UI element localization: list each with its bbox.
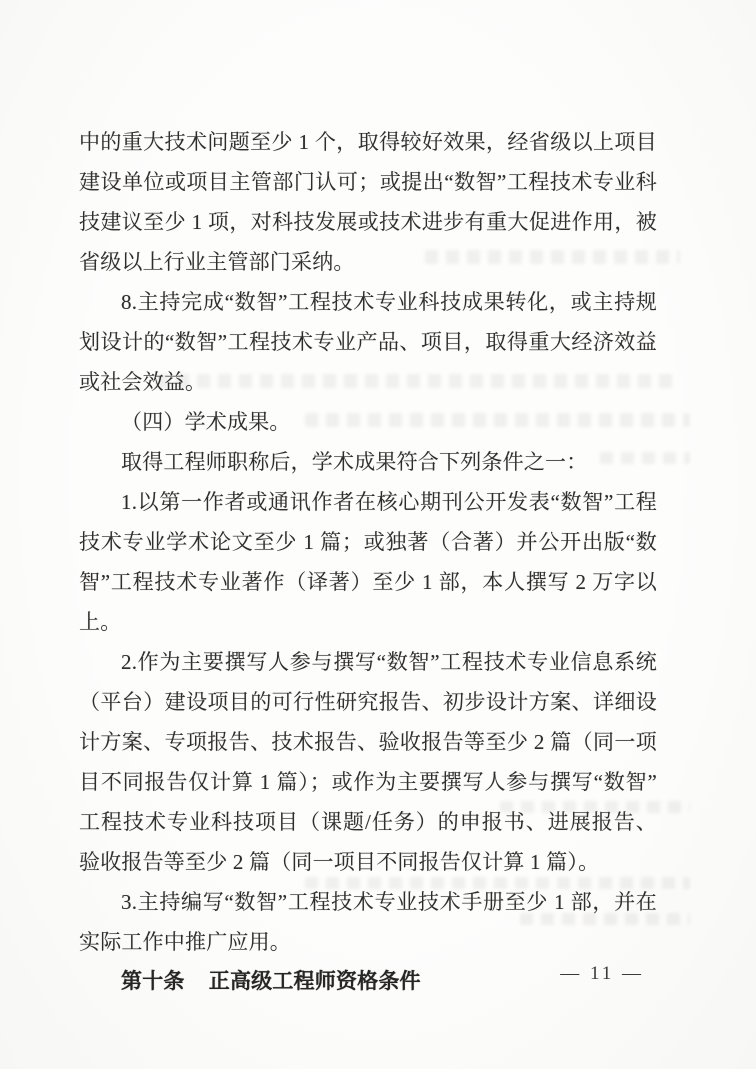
paragraph-section-heading-4: （四）学术成果。 — [79, 402, 657, 442]
scanned-document-page: 中的重大技术问题至少 1 个，取得较好效果，经省级以上项目建设单位或项目主管部门… — [0, 0, 756, 1069]
paragraph-academic-intro: 取得工程师职称后，学术成果符合下列条件之一： — [79, 442, 657, 482]
paragraph-item-1: 1.以第一作者或通讯作者在核心期刊公开发表“数智”工程技术专业学术论文至少 1 … — [79, 482, 657, 642]
paragraph-item-8: 8.主持完成“数智”工程技术专业科技成果转化，或主持规划设计的“数智”工程技术专… — [79, 282, 657, 402]
article-title: 正高级工程师资格条件 — [209, 970, 421, 993]
paragraph-continuation: 中的重大技术问题至少 1 个，取得较好效果，经省级以上项目建设单位或项目主管部门… — [79, 122, 657, 282]
page-number: — 11 — — [560, 963, 644, 985]
document-body: 中的重大技术问题至少 1 个，取得较好效果，经省级以上项目建设单位或项目主管部门… — [79, 122, 657, 1002]
paragraph-item-2: 2.作为主要撰写人参与撰写“数智”工程技术专业信息系统（平台）建设项目的可行性研… — [79, 642, 657, 882]
paragraph-item-3: 3.主持编写“数智”工程技术专业技术手册至少 1 部，并在实际工作中推广应用。 — [79, 882, 657, 962]
article-number: 第十条 — [121, 970, 185, 993]
